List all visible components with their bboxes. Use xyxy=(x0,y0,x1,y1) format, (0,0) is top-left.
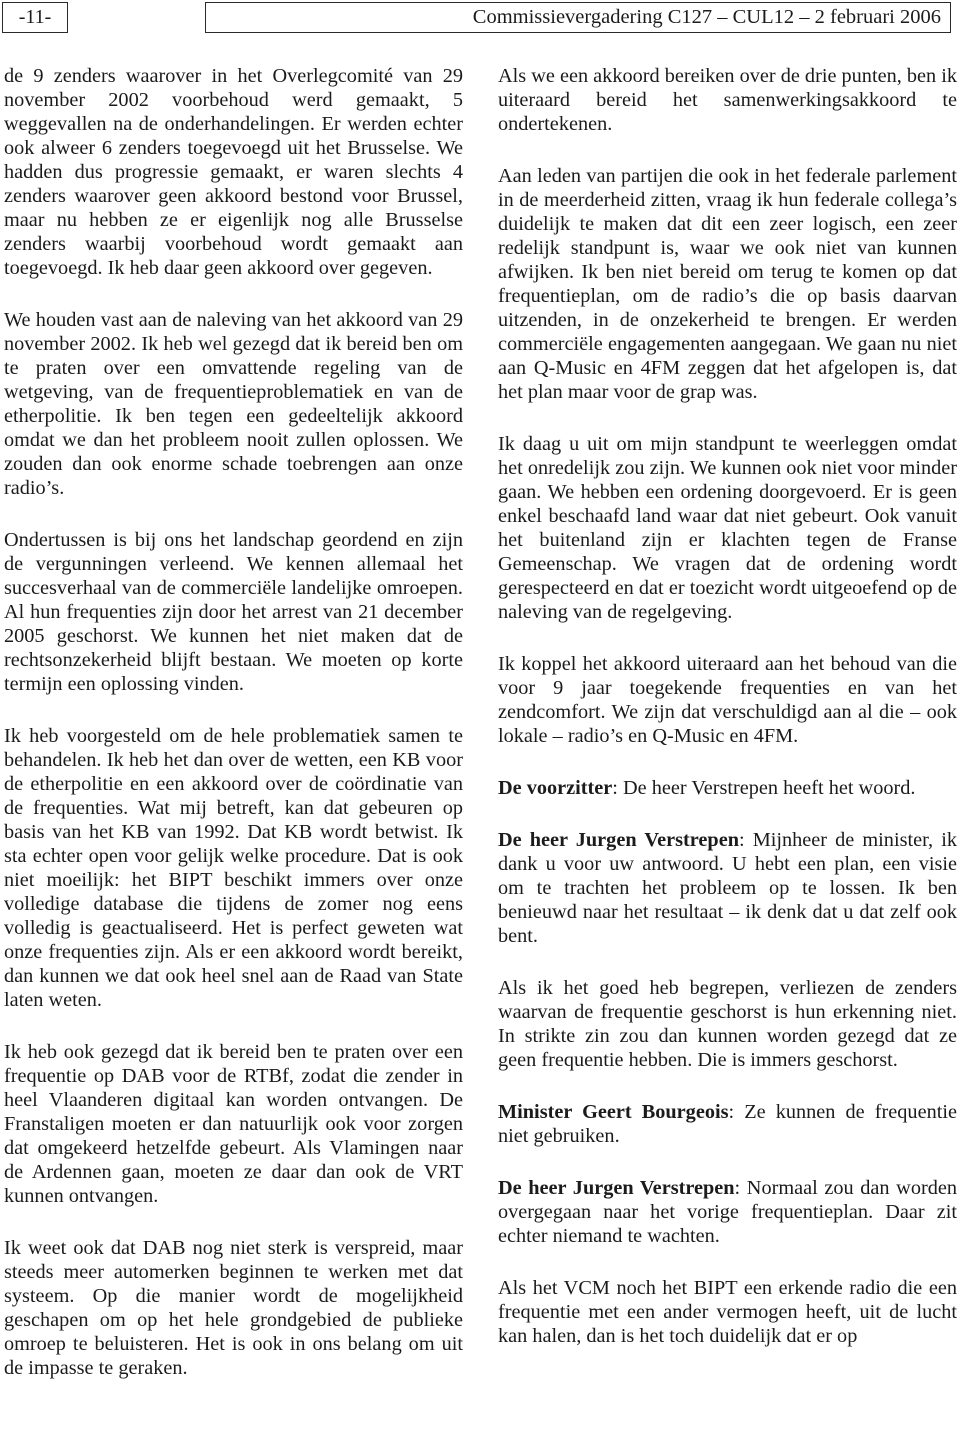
paragraph: Als we een akkoord bereiken over de drie… xyxy=(498,64,957,136)
paragraph: De voorzitter: De heer Verstrepen heeft … xyxy=(498,776,957,800)
paragraph: Ik koppel het akkoord uiteraard aan het … xyxy=(498,652,957,748)
page-number-box: -11- xyxy=(2,2,68,33)
meeting-title-box: Commissievergadering C127 – CUL12 – 2 fe… xyxy=(205,2,951,33)
paragraph: Ondertussen is bij ons het landschap geo… xyxy=(4,528,463,696)
paragraph: Aan leden van partijen die ook in het fe… xyxy=(498,164,957,404)
meeting-title: Commissievergadering C127 – CUL12 – 2 fe… xyxy=(473,6,941,28)
right-column: Als we een akkoord bereiken over de drie… xyxy=(498,64,957,1380)
paragraph: Minister Geert Bourgeois: Ze kunnen de f… xyxy=(498,1100,957,1148)
paragraph: Ik heb ook gezegd dat ik bereid ben te p… xyxy=(4,1040,463,1208)
paragraph: Als het VCM noch het BIPT een erkende ra… xyxy=(498,1276,957,1348)
paragraph: de 9 zenders waarover in het Overlegcomi… xyxy=(4,64,463,280)
paragraph: Ik daag u uit om mijn standpunt te weerl… xyxy=(498,432,957,624)
paragraph: Ik heb voorgesteld om de hele problemati… xyxy=(4,724,463,1012)
page-number: -11- xyxy=(19,6,52,28)
left-column: de 9 zenders waarover in het Overlegcomi… xyxy=(4,64,463,1380)
speaker-name: De heer Jurgen Verstrepen xyxy=(498,829,739,851)
document-page: -11- Commissievergadering C127 – CUL12 –… xyxy=(0,0,960,1432)
paragraph: De heer Jurgen Verstrepen: Normaal zou d… xyxy=(498,1176,957,1248)
paragraph: We houden vast aan de naleving van het a… xyxy=(4,308,463,500)
speaker-name: De heer Jurgen Verstrepen xyxy=(498,1177,735,1199)
paragraph: De heer Jurgen Verstrepen: Mijnheer de m… xyxy=(498,828,957,948)
speaker-name: Minister Geert Bourgeois xyxy=(498,1101,728,1123)
paragraph: Ik weet ook dat DAB nog niet sterk is ve… xyxy=(4,1236,463,1380)
paragraph: Als ik het goed heb begrepen, verliezen … xyxy=(498,976,957,1072)
document-body: de 9 zenders waarover in het Overlegcomi… xyxy=(4,64,957,1380)
page-header: -11- Commissievergadering C127 – CUL12 –… xyxy=(2,2,951,33)
speaker-name: De voorzitter xyxy=(498,777,612,799)
